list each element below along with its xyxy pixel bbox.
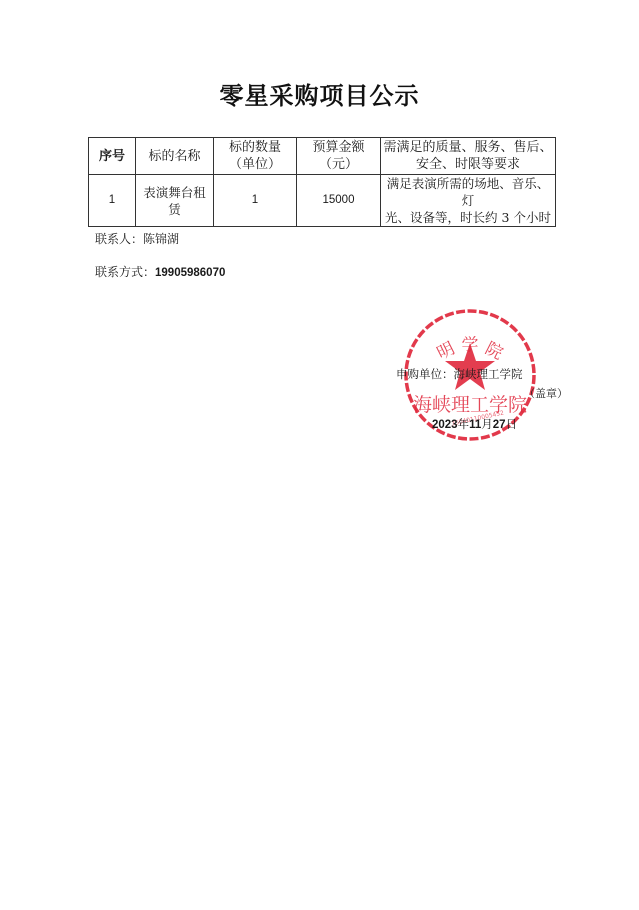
seal-bottom-text: 海峡理工学院: [413, 394, 527, 416]
contact-person-line: 联系人：陈锦湖: [95, 230, 179, 247]
cell-budget: 15000: [297, 175, 381, 227]
seal-suffix: （盖章）: [524, 385, 568, 401]
date-day: 27: [493, 419, 506, 431]
date-year: 2023: [432, 419, 458, 431]
applicant-unit: 海峡理工学院: [454, 367, 523, 381]
contact-phone-value: 19905986070: [155, 267, 225, 279]
date-year-unit: 年: [458, 417, 470, 431]
applicant-label: 申购单位：: [396, 367, 454, 381]
contact-person-label: 联系人：: [95, 232, 143, 246]
header-item-name: 标的名称: [136, 138, 214, 175]
cell-requirements-line2: 光、设备等，时长约 3 个小时: [383, 209, 553, 226]
table-header-row: 序号 标的名称 标的数量 （单位） 预算金额 （元） 需满足的质量、服务、售后、…: [89, 138, 556, 175]
header-budget-line2: （元）: [299, 156, 378, 173]
cell-quantity: 1: [214, 175, 297, 227]
cell-requirements-line1: 满足表演所需的场地、音乐、灯: [383, 175, 553, 209]
contact-phone-line: 联系方式：19905986070: [95, 263, 225, 280]
header-quantity-line1: 标的数量: [216, 139, 294, 156]
header-budget: 预算金额 （元）: [297, 138, 381, 175]
procurement-table: 序号 标的名称 标的数量 （单位） 预算金额 （元） 需满足的质量、服务、售后、…: [88, 137, 556, 227]
applicant-line: 申购单位：海峡理工学院: [396, 366, 523, 382]
header-quantity-line2: （单位）: [216, 156, 294, 173]
cell-item-name: 表演舞台租赁: [136, 175, 214, 227]
document-date: 2023年11月27日: [432, 416, 517, 432]
cell-requirements: 满足表演所需的场地、音乐、灯 光、设备等，时长约 3 个小时: [381, 175, 556, 227]
cell-index: 1: [89, 175, 136, 227]
date-day-unit: 日: [506, 417, 518, 431]
header-requirements-line2: 安全、时限等要求: [383, 156, 553, 173]
table-row: 1 表演舞台租赁 1 15000 满足表演所需的场地、音乐、灯 光、设备等，时长…: [89, 175, 556, 227]
date-month: 11: [469, 419, 481, 431]
header-requirements-line1: 需满足的质量、服务、售后、: [383, 139, 553, 156]
header-requirements: 需满足的质量、服务、售后、 安全、时限等要求: [381, 138, 556, 175]
page-title: 零星采购项目公示: [0, 76, 639, 111]
header-quantity: 标的数量 （单位）: [214, 138, 297, 175]
contact-phone-label: 联系方式：: [95, 265, 155, 279]
date-month-unit: 月: [481, 417, 493, 431]
header-budget-line1: 预算金额: [299, 139, 378, 156]
header-index: 序号: [89, 138, 136, 175]
contact-person-value: 陈锦湖: [143, 232, 179, 246]
